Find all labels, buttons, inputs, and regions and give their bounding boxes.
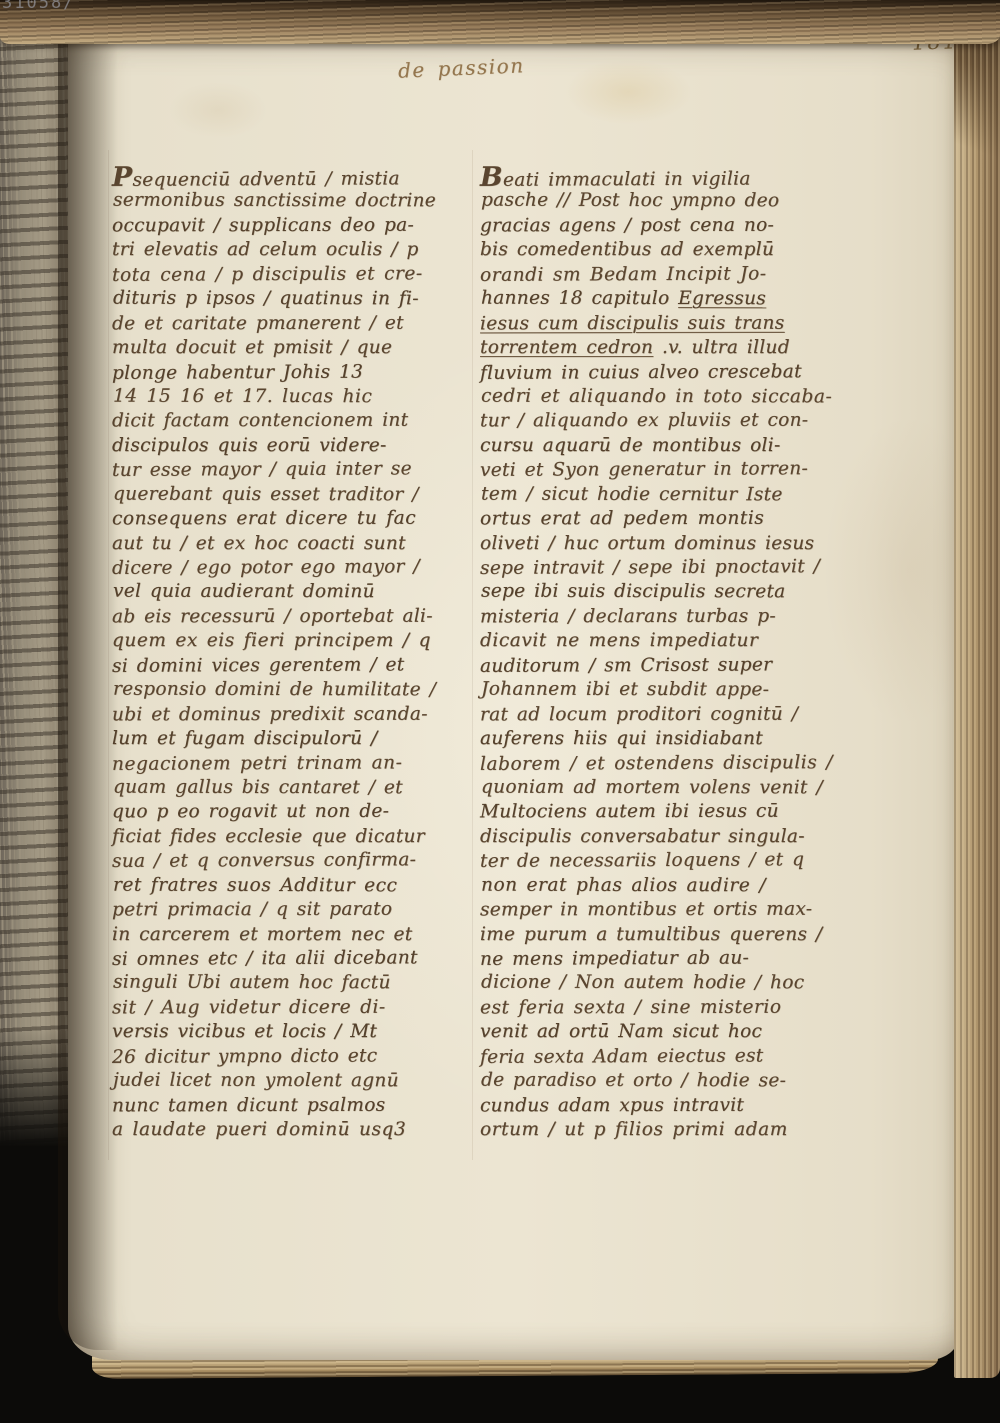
manuscript-line: oliveti / huc ortum dominus iesus	[480, 532, 832, 556]
manuscript-line: fluvium in cuius alveo crescebat	[480, 360, 832, 386]
manuscript-line: cursu aquarū de montibus oli-	[480, 434, 832, 458]
manuscript-line: ortum / ut p filios primi adam	[480, 1118, 832, 1142]
manuscript-line: 26 dicitur ympno dicto etc	[112, 1044, 448, 1070]
manuscript-line: si omnes etc / ita alii dicebant	[112, 946, 448, 972]
text-column-right: Beati immaculati in vigiliapasche // Pos…	[480, 165, 832, 1143]
manuscript-line: ortus erat ad pedem montis	[480, 507, 832, 532]
manuscript-line: misteria / declarans turbas p-	[480, 605, 832, 630]
manuscript-line: ab eis recessurū / oportebat ali-	[112, 605, 448, 630]
text-segment: .v. ultra illud	[653, 337, 790, 358]
manuscript-line: lum et fugam discipulorū /	[112, 727, 448, 751]
manuscript-line: tur / aliquando ex pluviis et con-	[480, 409, 832, 434]
manuscript-line: a laudate pueri dominū usq3	[112, 1118, 448, 1142]
underlined-text: iesus cum discipulis suis trans	[480, 312, 785, 334]
manuscript-line: dicere / ego potor ego mayor /	[112, 555, 448, 581]
manuscript-line: Psequenciū adventū / mistia	[112, 164, 448, 190]
manuscript-line: quem ex eis fieri principem / q	[112, 629, 448, 653]
manuscript-line: bis comedentibus ad exemplū	[480, 238, 832, 262]
manuscript-line: semper in montibus et ortis max-	[480, 898, 832, 923]
manuscript-line: aut tu / et ex hoc coacti sunt	[112, 532, 448, 556]
manuscript-photo-scene: 181 de passion Psequenciū adventū / mist…	[0, 0, 1000, 1423]
manuscript-line: dituris p ipsos / quatinus in fi-	[113, 287, 449, 312]
manuscript-line: pasche // Post hoc ympno deo	[481, 189, 833, 214]
manuscript-line: cedri et aliquando in toto siccaba-	[481, 385, 833, 410]
manuscript-line: ret fratres suos Additur ecc	[113, 873, 449, 898]
manuscript-line: discipulis conversabatur singula-	[480, 825, 832, 849]
manuscript-line: venit ad ortū Nam sicut hoc	[480, 1020, 832, 1044]
gutter-shadow	[58, 20, 118, 1350]
manuscript-line: sua / et q conversus confirma-	[112, 848, 448, 874]
manuscript-line: Multociens autem ibi iesus cū	[480, 800, 832, 825]
manuscript-line: vel quia audierant dominū	[113, 580, 449, 605]
manuscript-page: 181 de passion Psequenciū adventū / mist…	[68, 30, 958, 1360]
manuscript-line: quoniam ad mortem volens venit /	[481, 776, 833, 801]
manuscript-line: dicione / Non autem hodie / hoc	[481, 971, 833, 996]
manuscript-line: ubi et dominus predixit scanda-	[112, 702, 448, 727]
manuscript-line: ne mens impediatur ab au-	[480, 946, 832, 972]
running-title: de passion	[398, 53, 526, 82]
manuscript-line: rat ad locum proditori cognitū /	[480, 702, 832, 727]
manuscript-line: nunc tamen dicunt psalmos	[112, 1093, 448, 1118]
manuscript-line: ter de necessariis loquens / et q	[480, 848, 832, 874]
underlined-text: Egressus	[678, 288, 766, 309]
manuscript-line: tur esse mayor / quia inter se	[112, 457, 448, 483]
manuscript-line: versis vicibus et locis / Mt	[112, 1020, 448, 1044]
top-page-edges	[0, 0, 1000, 44]
manuscript-line: Johannem ibi et subdit appe-	[481, 678, 833, 703]
manuscript-line: quam gallus bis cantaret / et	[113, 776, 449, 801]
manuscript-line: auferens hiis qui insidiabant	[480, 727, 832, 751]
manuscript-line: ficiat fides ecclesie que dicatur	[112, 825, 448, 849]
margin-ruling-center	[472, 150, 473, 1160]
manuscript-line: multa docuit et pmisit / que	[112, 336, 448, 360]
manuscript-line: plonge habentur Johis 13	[112, 360, 448, 386]
manuscript-line: petri primacia / q sit parato	[112, 898, 448, 923]
manuscript-line: quo p eo rogavit ut non de-	[112, 800, 448, 825]
manuscript-line: tem / sicut hodie cernitur Iste	[481, 482, 833, 507]
manuscript-line: dicavit ne mens impediatur	[480, 629, 832, 653]
manuscript-line: in carcerem et mortem nec et	[112, 923, 448, 947]
manuscript-line: non erat phas alios audire /	[481, 873, 833, 898]
manuscript-line: orandi sm Bedam Incipit Jo-	[480, 262, 832, 288]
manuscript-line: hannes 18 capitulo Egressus	[481, 287, 833, 312]
manuscript-line: consequens erat dicere tu fac	[112, 507, 448, 532]
manuscript-line: laborem / et ostendens discipulis /	[480, 751, 832, 777]
manuscript-line: responsio domini de humilitate /	[113, 678, 449, 703]
text-column-left: Psequenciū adventū / mistiasermonibus sa…	[112, 165, 448, 1143]
fore-edge-page-stack	[954, 0, 1000, 1378]
underlined-text: torrentem cedron	[480, 337, 653, 358]
manuscript-line: Beati immaculati in vigilia	[480, 164, 832, 190]
manuscript-line: veti et Syon generatur in torren-	[480, 457, 832, 483]
manuscript-line: negacionem petri trinam an-	[112, 751, 448, 777]
manuscript-line: gracias agens / post cena no-	[480, 214, 832, 239]
archive-number: 31058/	[2, 0, 75, 13]
manuscript-line: est feria sexta / sine misterio	[480, 996, 832, 1021]
manuscript-line: torrentem cedron .v. ultra illud	[480, 336, 832, 360]
manuscript-line: sit / Aug videtur dicere di-	[112, 996, 448, 1021]
manuscript-line: tri elevatis ad celum oculis / p	[112, 238, 448, 262]
manuscript-line: sepe intravit / sepe ibi pnoctavit /	[480, 555, 832, 581]
manuscript-line: judei licet non ymolent agnū	[113, 1069, 449, 1094]
manuscript-line: sepe ibi suis discipulis secreta	[481, 580, 833, 605]
manuscript-line: de et caritate pmanerent / et	[112, 311, 448, 336]
text-segment: hannes 18 capitulo	[481, 288, 678, 309]
manuscript-line: tota cena / p discipulis et cre-	[112, 262, 448, 288]
manuscript-line: auditorum / sm Crisost super	[480, 653, 832, 679]
manuscript-line: 14 15 16 et 17. lucas hic	[113, 385, 449, 410]
manuscript-line: de paradiso et orto / hodie se-	[481, 1069, 833, 1094]
manuscript-line: iesus cum discipulis suis trans	[480, 311, 832, 336]
manuscript-line: ime purum a tumultibus querens /	[480, 923, 832, 947]
manuscript-line: occupavit / supplicans deo pa-	[112, 214, 448, 239]
manuscript-line: querebant quis esset traditor /	[113, 482, 449, 507]
manuscript-line: dicit factam contencionem int	[112, 409, 448, 434]
manuscript-line: singuli Ubi autem hoc factū	[113, 971, 449, 996]
manuscript-line: sermonibus sanctissime doctrine	[113, 189, 449, 214]
manuscript-line: si domini vices gerentem / et	[112, 653, 448, 679]
manuscript-line: feria sexta Adam eiectus est	[480, 1044, 832, 1070]
manuscript-line: discipulos quis eorū videre-	[112, 434, 448, 458]
manuscript-line: cundus adam xpus intravit	[480, 1093, 832, 1118]
